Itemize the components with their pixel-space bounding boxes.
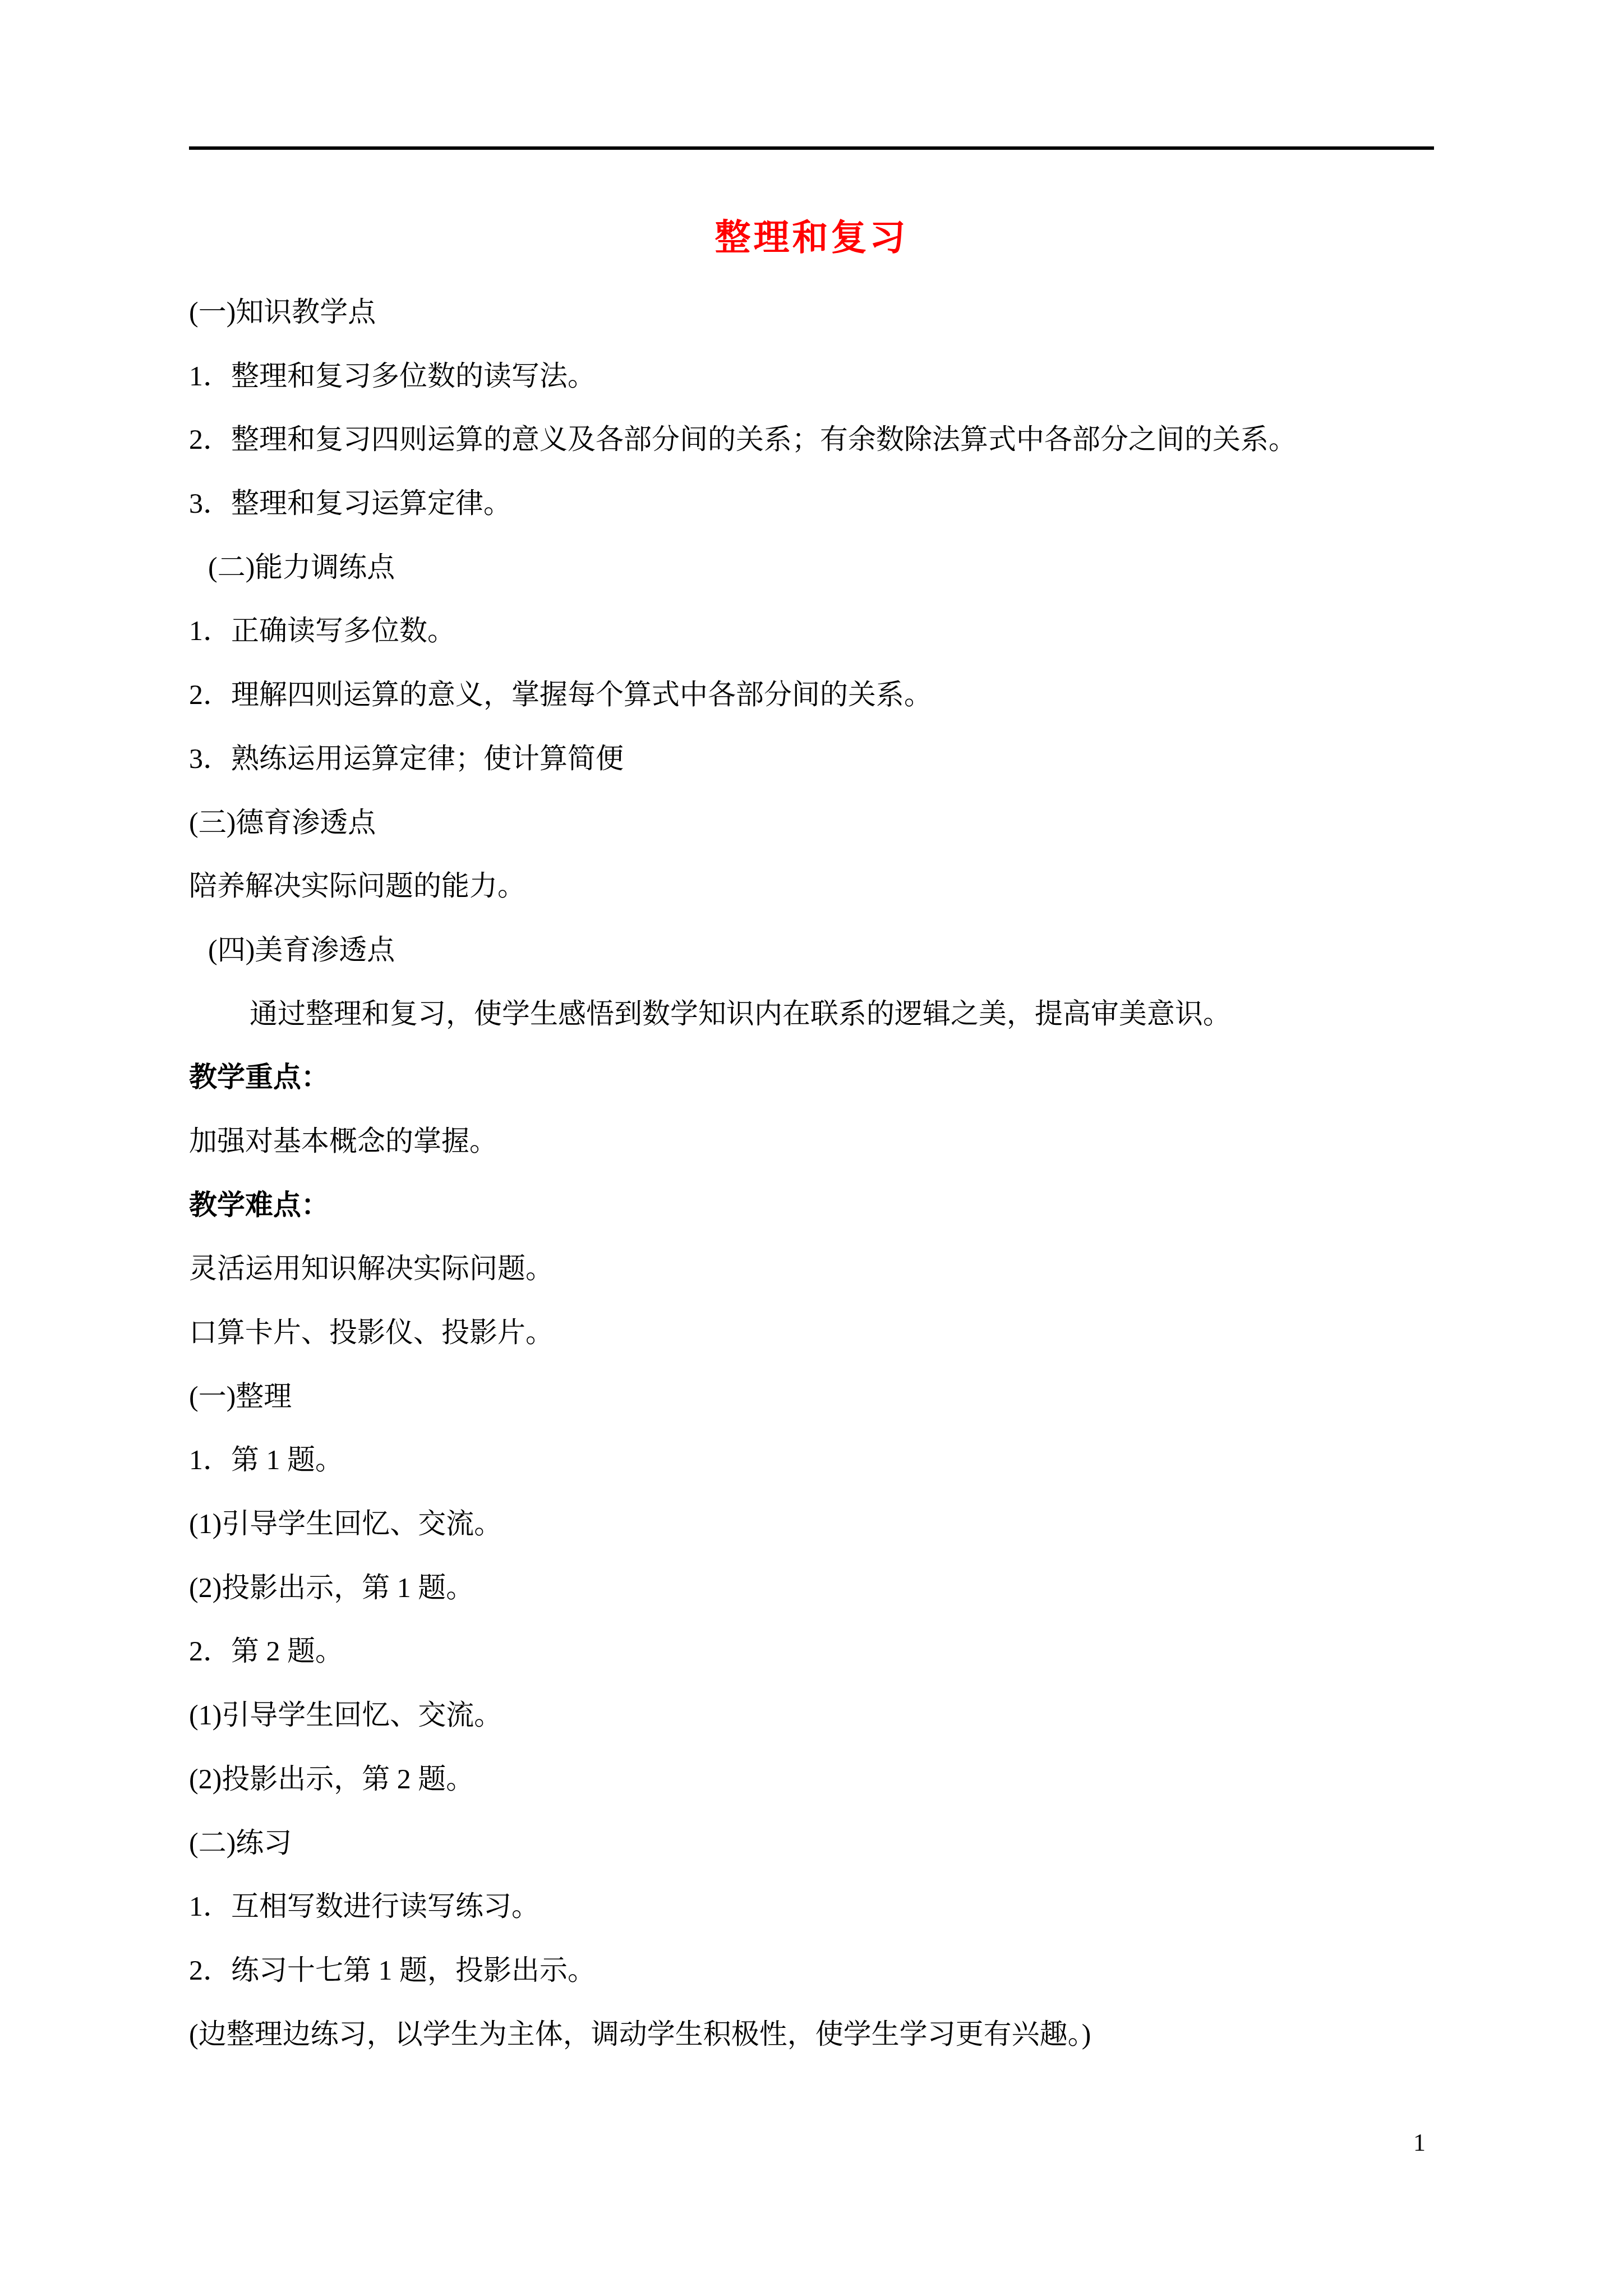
text-line: 加强对基本概念的掌握。 — [0, 1110, 1623, 1174]
text-line: (四)美育渗透点 — [0, 918, 1623, 982]
text-line: 1．互相写数进行读写练习。 — [0, 1875, 1623, 1939]
document-body: (一)知识教学点1．整理和复习多位数的读写法。2．整理和复习四则运算的意义及各部… — [0, 280, 1623, 2066]
text-line: 2．理解四则运算的意义，掌握每个算式中各部分间的关系。 — [0, 663, 1623, 727]
text-line: (二)练习 — [0, 1811, 1623, 1875]
text-line: (1)引导学生回忆、交流。 — [0, 1683, 1623, 1747]
text-line: 口算卡片、投影仪、投影片。 — [0, 1301, 1623, 1365]
page-title: 整理和复习 — [0, 206, 1623, 270]
text-line: 通过整理和复习，使学生感悟到数学知识内在联系的逻辑之美，提高审美意识。 — [0, 982, 1623, 1046]
text-line: (2)投影出示，第 1 题。 — [0, 1556, 1623, 1620]
text-line: (三)德育渗透点 — [0, 791, 1623, 855]
text-line: 灵活运用知识解决实际问题。 — [0, 1237, 1623, 1301]
page-number: 1 — [1413, 2129, 1426, 2157]
text-line: 陪养解决实际问题的能力。 — [0, 854, 1623, 918]
text-line: 教学难点： — [0, 1174, 1623, 1237]
text-line: 1．正确读写多位数。 — [0, 599, 1623, 663]
text-line: (一)知识教学点 — [0, 280, 1623, 344]
text-line: (2)投影出示，第 2 题。 — [0, 1747, 1623, 1811]
text-line: 3．整理和复习运算定律。 — [0, 472, 1623, 536]
text-line: (二)能力调练点 — [0, 536, 1623, 600]
text-line: 1．第 1 题。 — [0, 1428, 1623, 1492]
text-line: 1．整理和复习多位数的读写法。 — [0, 344, 1623, 408]
document-page: { "document": { "title": "整理和复习", "title… — [0, 0, 1623, 2296]
text-line: 2．第 2 题。 — [0, 1619, 1623, 1683]
text-line: 2．整理和复习四则运算的意义及各部分间的关系；有余数除法算式中各部分之间的关系。 — [0, 408, 1623, 472]
text-line: 3．熟练运用运算定律；使计算简便 — [0, 727, 1623, 791]
text-line: (边整理边练习，以学生为主体，调动学生积极性，使学生学习更有兴趣。) — [0, 2003, 1623, 2067]
header-divider-line — [189, 146, 1434, 150]
text-line: 2．练习十七第 1 题，投影出示。 — [0, 1939, 1623, 2003]
text-line: (1)引导学生回忆、交流。 — [0, 1492, 1623, 1556]
text-line: 教学重点： — [0, 1046, 1623, 1110]
text-line: (一)整理 — [0, 1365, 1623, 1429]
